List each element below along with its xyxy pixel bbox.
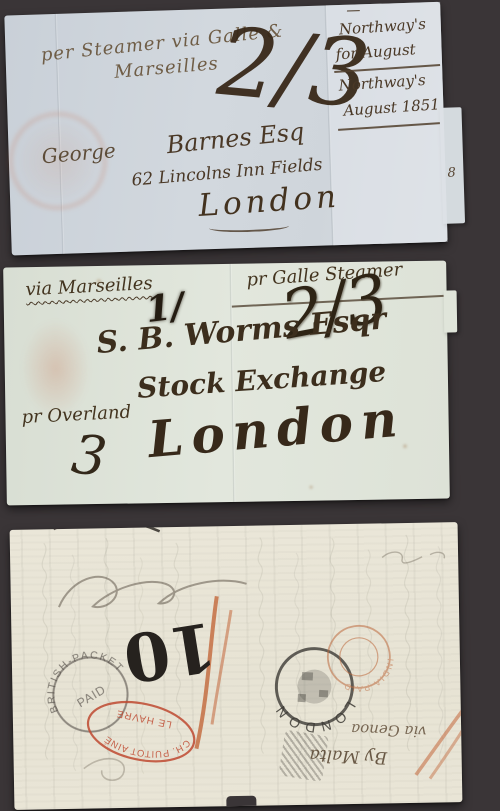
faint-inverted-script-small <box>382 551 444 563</box>
bottom-edge-notch <box>226 796 256 807</box>
edge-ink-mark: 8 <box>447 165 456 180</box>
address-line3: London <box>197 179 341 224</box>
postal-cover-bottom: 10 BRITISH-PACKET PAID CH. PUITOT AINÉ L… <box>10 522 463 810</box>
red-india-paid-postmark: INDIA PAID <box>312 610 406 704</box>
inverted-route-note2: via Genoa <box>351 720 427 741</box>
photo-of-three-postal-covers: { "photo": { "background_color": "#3a353… <box>0 0 500 811</box>
address-line1: Barnes Esq <box>165 117 305 159</box>
routing-note-line2: Marseilles <box>113 53 219 83</box>
postmark-arc-text: INDIA PAID <box>338 657 401 697</box>
inverted-route-note1: By Malta <box>309 745 387 768</box>
routing-note-left: via Marseilles <box>25 273 153 300</box>
postal-cover-middle: via Marseilles pr Galle Steamer 1/ 2/3 S… <box>3 261 450 506</box>
pen-loop-top-edge <box>53 522 159 533</box>
flourish-mark: 3 <box>68 422 110 489</box>
faint-inverted-script-large <box>58 574 247 608</box>
paper-edge-tab <box>444 290 458 332</box>
postal-cover-top: 8 per Steamer via Galle & Marseilles 2/3… <box>4 2 447 256</box>
address-line1: S. B. Worms Esqr <box>95 301 387 361</box>
docket-dash: — <box>346 2 360 18</box>
address-underline-flourish <box>209 221 289 234</box>
svg-text:INDIA PAID: INDIA PAID <box>338 657 401 697</box>
foxing-spot <box>309 485 314 490</box>
